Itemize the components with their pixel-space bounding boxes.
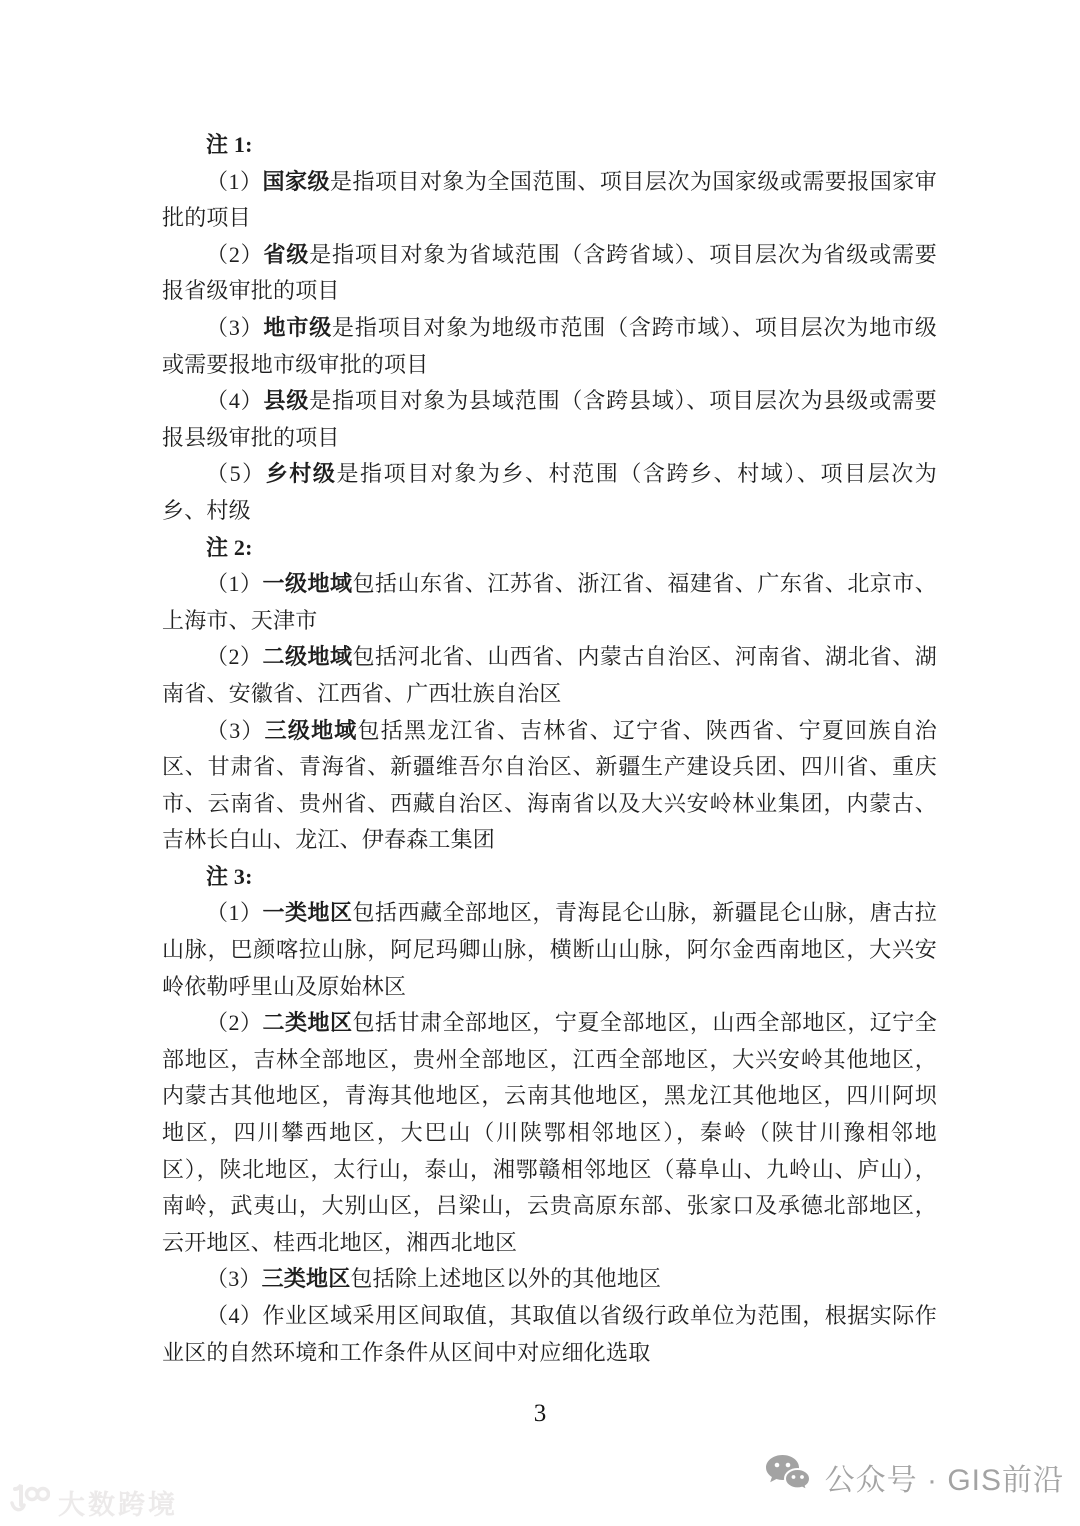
note-item-lead: （2） xyxy=(206,242,264,267)
note-item-text: 包括甘肃全部地区，宁夏全部地区，山西全部地区，辽宁全部地区，吉林全部地区，贵州全… xyxy=(162,1010,937,1255)
note-item-term: 三类地区 xyxy=(262,1266,351,1291)
watermark-dashu: 大数跨境 xyxy=(8,1481,178,1524)
note-item-term: 一类地区 xyxy=(262,900,352,925)
note-item-lead: （1） xyxy=(206,169,262,194)
note-item: （5）乡村级是指项目对象为乡、村范围（含跨乡、村域）、项目层次为乡、村级 xyxy=(162,456,937,529)
note-item-lead: （3） xyxy=(206,315,264,340)
watermark-gis-qianyan: 公众号 · GIS前沿 xyxy=(765,1454,1064,1500)
note-item-term: 一级地域 xyxy=(262,571,352,596)
page-number: 3 xyxy=(0,1400,1080,1428)
note-item-lead: （4） xyxy=(206,388,264,413)
note-item-term: 地市级 xyxy=(264,315,333,340)
note-item-lead: （1） xyxy=(206,571,262,596)
note-item: （1）国家级是指项目对象为全国范围、项目层次为国家级或需要报国家审批的项目 xyxy=(162,164,937,237)
dashu-100-logo-icon xyxy=(8,1481,50,1524)
note-item-term: 三级地域 xyxy=(265,718,358,743)
note-item-lead: （1） xyxy=(206,900,262,925)
note-item-lead: （2） xyxy=(206,1010,262,1035)
note-item-term: 二类地区 xyxy=(262,1010,352,1035)
note-item-term: 乡村级 xyxy=(266,461,337,486)
note-item-term: 县级 xyxy=(264,388,310,413)
note-item-lead: （5） xyxy=(206,461,266,486)
note-item-lead: （2） xyxy=(206,644,262,669)
note-item: （2）省级是指项目对象为省域范围（含跨省域）、项目层次为省级或需要报省级审批的项… xyxy=(162,237,937,310)
note-item-text: 作业区域采用区间取值，其取值以省级行政单位为范围，根据实际作业区的自然环境和工作… xyxy=(162,1303,937,1365)
note-item: （3）三级地域包括黑龙江省、吉林省、辽宁省、陕西省、宁夏回族自治区、甘肃省、青海… xyxy=(162,713,937,859)
watermark-gis-label: 公众号 · GIS前沿 xyxy=(825,1455,1064,1499)
note-item: （4）县级是指项目对象为县域范围（含跨县域）、项目层次为县级或需要报县级审批的项… xyxy=(162,383,937,456)
note-item-text: 包括除上述地区以外的其他地区 xyxy=(350,1266,661,1291)
note-item: （1）一类地区包括西藏全部地区，青海昆仑山脉，新疆昆仑山脉，唐古拉山脉，巴颜喀拉… xyxy=(162,895,937,1005)
note-item-lead: （4） xyxy=(206,1303,262,1328)
note-item-term: 国家级 xyxy=(262,169,329,194)
note-item: （1）一级地域包括山东省、江苏省、浙江省、福建省、广东省、北京市、上海市、天津市 xyxy=(162,566,937,639)
watermark-dashu-label: 大数跨境 xyxy=(58,1483,178,1522)
note-item-term: 二级地域 xyxy=(262,644,352,669)
note-heading: 注 3: xyxy=(162,859,937,896)
note-item: （2）二类地区包括甘肃全部地区，宁夏全部地区，山西全部地区，辽宁全部地区，吉林全… xyxy=(162,1005,937,1261)
note-item: （3）三类地区包括除上述地区以外的其他地区 xyxy=(162,1261,937,1298)
note-item: （3）地市级是指项目对象为地级市范围（含跨市域）、项目层次为地市级或需要报地市级… xyxy=(162,310,937,383)
note-heading: 注 2: xyxy=(162,530,937,567)
note-item-lead: （3） xyxy=(206,718,265,743)
note-item: （2）二级地域包括河北省、山西省、内蒙古自治区、河南省、湖北省、湖南省、安徽省、… xyxy=(162,639,937,712)
note-item: （4）作业区域采用区间取值，其取值以省级行政单位为范围，根据实际作业区的自然环境… xyxy=(162,1298,937,1371)
note-item-term: 省级 xyxy=(264,242,310,267)
document-page: 注 1:（1）国家级是指项目对象为全国范围、项目层次为国家级或需要报国家审批的项… xyxy=(0,0,1080,1526)
wechat-logo-icon xyxy=(765,1454,811,1500)
note-item-lead: （3） xyxy=(206,1266,262,1291)
note-heading: 注 1: xyxy=(162,127,937,164)
document-body: 注 1:（1）国家级是指项目对象为全国范围、项目层次为国家级或需要报国家审批的项… xyxy=(162,127,937,1371)
